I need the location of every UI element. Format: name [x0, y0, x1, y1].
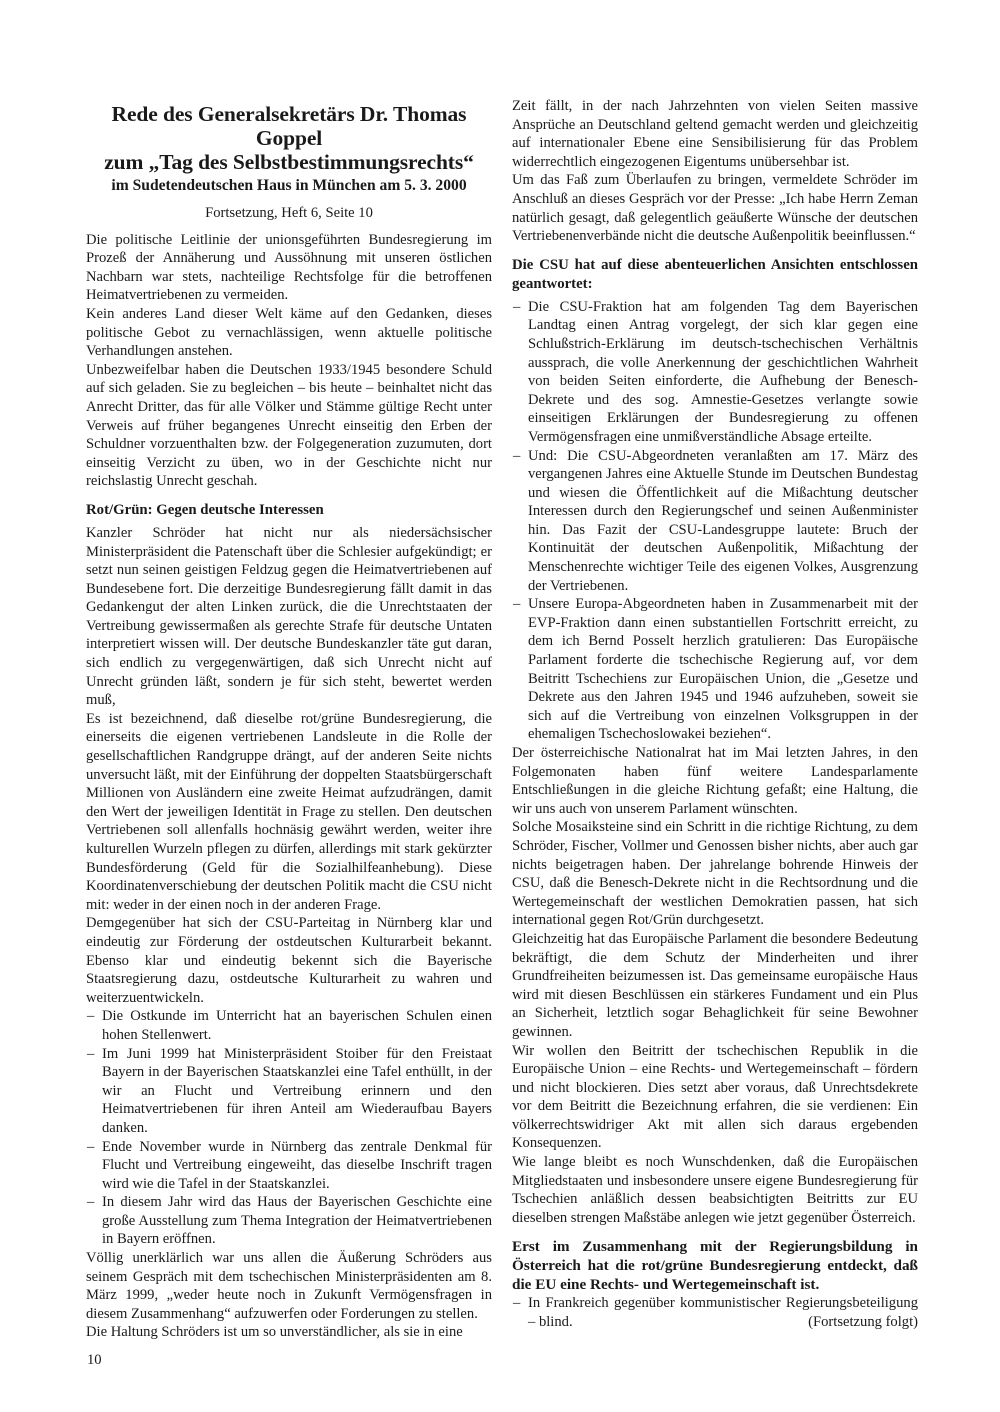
- paragraph: Die Haltung Schröders ist um so unverstä…: [86, 1323, 492, 1342]
- dash-bullet-icon: –: [513, 447, 520, 466]
- dash-bullet-icon: –: [87, 1138, 94, 1157]
- document-page: Rede des Generalsekretärs Dr. Thomas Gop…: [0, 0, 1000, 1412]
- bullet-list: –In Frankreich gegenüber kommunistischer…: [512, 1294, 918, 1331]
- article-title-line-1: Rede des Generalsekretärs Dr. Thomas Gop…: [86, 102, 492, 150]
- list-item: –Die CSU-Fraktion hat am folgenden Tag d…: [512, 298, 918, 447]
- dash-bullet-icon: –: [513, 298, 520, 317]
- list-item: –Und: Die CSU-Abgeordneten veranlaßten a…: [512, 447, 918, 596]
- list-item: –In diesem Jahr wird das Haus der Bayeri…: [86, 1193, 492, 1249]
- list-item: –Ende November wurde in Nürnberg das zen…: [86, 1138, 492, 1194]
- list-item-text: Die Ostkunde im Unterricht hat an bayeri…: [102, 1008, 492, 1043]
- bullet-list: –Die Ostkunde im Unterricht hat an bayer…: [86, 1007, 492, 1249]
- right-column: Zeit fällt, in der nach Jahrzehnten von …: [512, 97, 918, 1332]
- dash-bullet-icon: –: [87, 1193, 94, 1212]
- list-item: –Unsere Europa-Abgeordneten haben in Zus…: [512, 595, 918, 744]
- paragraph: Der österreichische Nationalrat hat im M…: [512, 744, 918, 818]
- list-item: –Die Ostkunde im Unterricht hat an bayer…: [86, 1007, 492, 1044]
- article-title-line-2: zum „Tag des Selbstbestimmungsrechts“: [86, 150, 492, 174]
- list-item-text: Die CSU-Fraktion hat am folgenden Tag de…: [528, 299, 918, 445]
- paragraph: Wie lange bleibt es noch Wunschdenken, d…: [512, 1153, 918, 1227]
- article-subtitle: im Sudetendeutschen Haus in München am 5…: [86, 176, 492, 196]
- dash-bullet-icon: –: [513, 1294, 520, 1313]
- paragraph: Gleichzeitig hat das Europäische Parlame…: [512, 930, 918, 1042]
- dash-bullet-icon: –: [87, 1045, 94, 1064]
- paragraph: Kein anderes Land dieser Welt käme auf d…: [86, 305, 492, 361]
- list-item-text: Ende November wurde in Nürnberg das zent…: [102, 1139, 492, 1192]
- bullet-list: –Die CSU-Fraktion hat am folgenden Tag d…: [512, 298, 918, 744]
- list-item: –Im Juni 1999 hat Ministerpräsident Stoi…: [86, 1045, 492, 1138]
- continuation-note: Fortsetzung, Heft 6, Seite 10: [86, 204, 492, 223]
- paragraph: Kanzler Schröder hat nicht nur als niede…: [86, 524, 492, 710]
- paragraph: Demgegenüber hat sich der CSU-Parteitag …: [86, 914, 492, 1007]
- left-column: Rede des Generalsekretärs Dr. Thomas Gop…: [86, 100, 492, 1342]
- paragraph: Die politische Leitlinie der unionsgefüh…: [86, 231, 492, 305]
- section-heading: Die CSU hat auf diese abenteuerlichen An…: [512, 256, 918, 294]
- paragraph: Zeit fällt, in der nach Jahrzehnten von …: [512, 97, 918, 171]
- paragraph: Solche Mosaiksteine sind ein Schritt in …: [512, 818, 918, 930]
- paragraph: Wir wollen den Beitritt der tschechische…: [512, 1042, 918, 1154]
- list-item-text: In diesem Jahr wird das Haus der Bayeris…: [102, 1194, 492, 1247]
- list-item-text: Und: Die CSU-Abgeordneten veranlaßten am…: [528, 448, 918, 594]
- list-item: –In Frankreich gegenüber kommunistischer…: [512, 1294, 918, 1331]
- paragraph: Unbezweifelbar haben die Deutschen 1933/…: [86, 361, 492, 491]
- dash-bullet-icon: –: [513, 595, 520, 614]
- final-section-heading: Erst im Zusammenhang mit der Regierungsb…: [512, 1237, 918, 1294]
- continued-note: (Fortsetzung folgt): [808, 1313, 918, 1332]
- paragraph: Völlig unerklärlich war uns allen die Äu…: [86, 1249, 492, 1323]
- section-heading: Rot/Grün: Gegen deutsche Interessen: [86, 501, 492, 520]
- dash-bullet-icon: –: [87, 1007, 94, 1026]
- page-number: 10: [87, 1352, 102, 1369]
- paragraph: Um das Faß zum Überlaufen zu bringen, ve…: [512, 171, 918, 245]
- list-item-text: Unsere Europa-Abgeordneten haben in Zusa…: [528, 596, 918, 742]
- list-item-text: Im Juni 1999 hat Ministerpräsident Stoib…: [102, 1046, 492, 1136]
- title-block: Rede des Generalsekretärs Dr. Thomas Gop…: [86, 102, 492, 196]
- paragraph: Es ist bezeichnend, daß dieselbe rot/grü…: [86, 710, 492, 915]
